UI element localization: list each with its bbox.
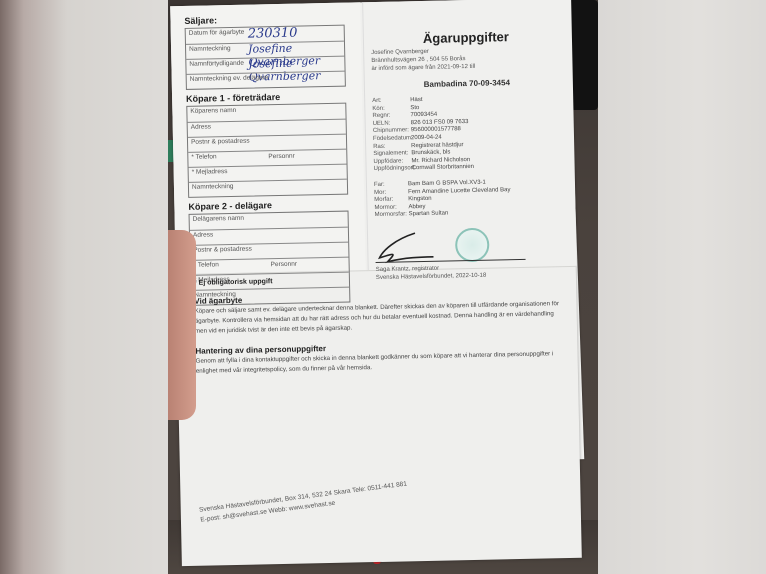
- detail-key: Uppfödningsort:: [374, 166, 412, 174]
- field-label: Datum för ägarbyte: [189, 29, 245, 37]
- detail-value: Häst: [410, 97, 423, 105]
- blurred-background-left: [0, 0, 168, 574]
- buyer2-title: Köpare 2 - delägare: [188, 199, 348, 212]
- ownership-transfer-document: Säljare: Datum för ägarbyte 230310 Namnt…: [170, 0, 582, 566]
- document-footer: Svenska Hästavelsförbundet, Box 314, 532…: [199, 468, 499, 525]
- owner-info-title: Ägaruppgifter: [371, 28, 561, 47]
- form-field-signature[interactable]: Namnteckning: [189, 179, 347, 197]
- field-label: Adress: [193, 231, 213, 238]
- field-label: Postnr & postadress: [193, 246, 252, 254]
- field-sublabel: Personnr: [271, 261, 298, 269]
- field-label: Namnteckning: [192, 183, 234, 191]
- field-label: * Telefon: [194, 261, 219, 269]
- detail-key: Mormorsfar:: [375, 212, 409, 220]
- document-photo: ss orm Säljare: Datum för ägarbyte 23031…: [168, 0, 598, 574]
- field-label: * Telefon: [191, 153, 216, 161]
- field-label: Namnteckning: [189, 45, 231, 53]
- signature-icon: [375, 227, 436, 264]
- field-label: Postnr & postadress: [191, 138, 250, 146]
- field-sublabel: Personnr: [268, 153, 295, 161]
- field-label: Delägarens namn: [193, 215, 244, 223]
- owner-info: Ägaruppgifter Josefine Qvarnberger Bränn…: [371, 28, 566, 282]
- transfer-text: Köpare och säljare samt ev. delägare und…: [194, 299, 565, 337]
- seller-title: Säljare:: [184, 13, 344, 26]
- handwritten-date: 230310: [248, 26, 298, 42]
- registrar-signature-area: [375, 222, 566, 266]
- field-label: Köparens namn: [190, 107, 236, 115]
- buyer1-title: Köpare 1 - företrädare: [186, 91, 346, 104]
- detail-value: Cornwall Storbritannien: [412, 164, 475, 173]
- document-notes: * Ej obligatorisk uppgift Vid ägarbyte K…: [194, 272, 566, 377]
- form-field-co-owner-signature[interactable]: Namnteckning ev. delägare: [187, 71, 345, 89]
- field-label: Namnteckning ev. delägare: [190, 74, 269, 83]
- official-stamp-icon: [455, 228, 490, 263]
- transfer-form: Säljare: Datum för ägarbyte 230310 Namnt…: [184, 13, 350, 310]
- field-label: Namnförtydligande: [189, 60, 244, 68]
- field-label: * Mejladress: [192, 168, 228, 176]
- horse-details: Art:HästKön:StoRegnr:70093454UELN:826 01…: [372, 94, 564, 174]
- horse-name: Bambadina 70-09-3454: [372, 77, 562, 90]
- buyer1-form: Köparens namn Adress Postnr & postadress…: [186, 103, 348, 198]
- field-label: Adress: [191, 123, 211, 130]
- detail-value: Spartan Sultan: [409, 211, 449, 219]
- pedigree: Far:Bam Bam G BSPA Vol.XV3-1Mor:Fern Ama…: [374, 178, 565, 220]
- blurred-background-right: [598, 0, 766, 574]
- hand-holding-document: [168, 230, 196, 420]
- seller-form: Datum för ägarbyte 230310 Namnteckning J…: [185, 25, 346, 90]
